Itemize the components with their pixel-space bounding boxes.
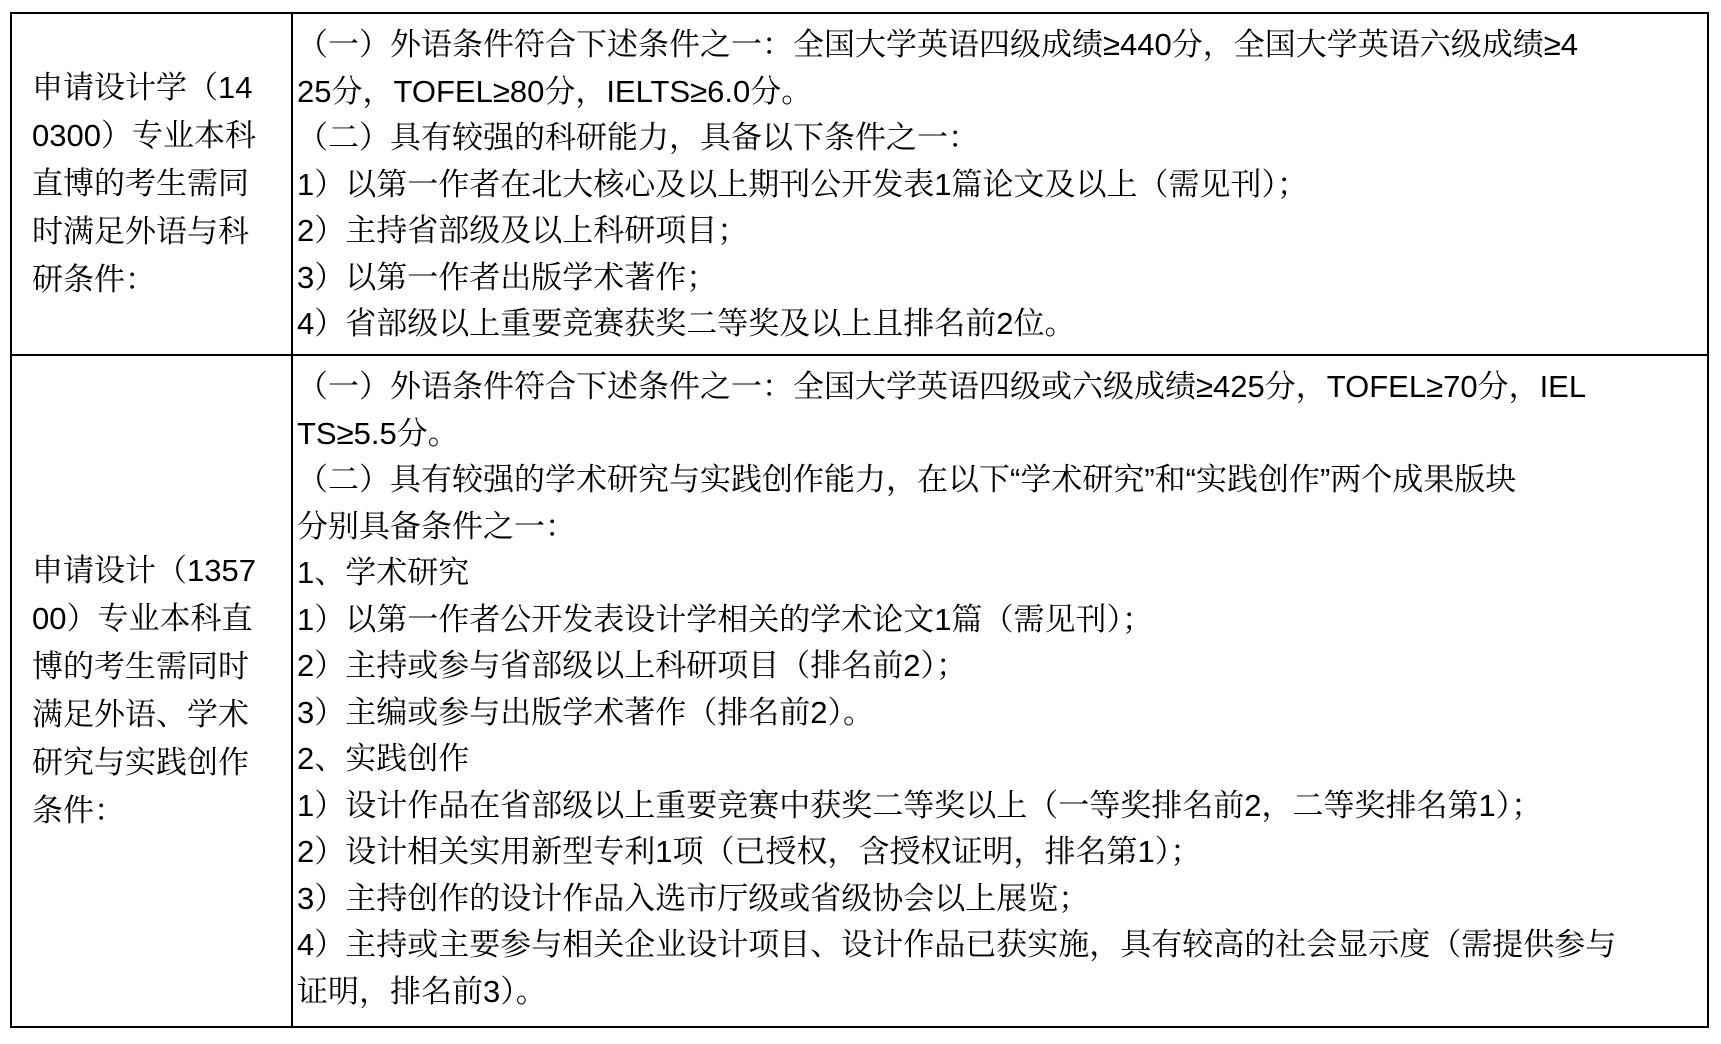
row2-requirements-cell: （一）外语条件符合下述条件之一：全国大学英语四级或六级成绩≥425分，TOFEL… [293,356,1707,1026]
text-line: 证明，排名前3）。 [297,969,1701,1016]
text-line: 分别具备条件之一： [297,504,1701,551]
document-page: { "colors": { "background": "#ffffff", "… [0,0,1721,1044]
row1-requirements-cell: （一）外语条件符合下述条件之一：全国大学英语四级成绩≥440分，全国大学英语六级… [293,14,1707,356]
text-line: TS≥5.5分。 [297,411,1701,458]
text-line: 4）省部级以上重要竞赛获奖二等奖及以上且排名前2位。 [297,301,1701,348]
text-line: 研条件： [32,256,285,304]
text-line: 2）主持省部级及以上科研项目； [297,208,1701,255]
text-line: 0300）专业本科 [32,112,285,160]
text-line: 2）主持或参与省部级以上科研项目（排名前2）； [297,643,1701,690]
text-line: 3）主持创作的设计作品入选市厅级或省级协会以上展览； [297,876,1701,923]
text-line: 直博的考生需同 [32,160,285,208]
text-line: （一）外语条件符合下述条件之一：全国大学英语四级或六级成绩≥425分，TOFEL… [297,364,1701,411]
requirements-table: 申请设计学（14 0300）专业本科 直博的考生需同 时满足外语与科 研条件： … [10,12,1709,1028]
text-line: 2）设计相关实用新型专利1项（已授权，含授权证明，排名第1）； [297,829,1701,876]
text-line: 2、实践创作 [297,736,1701,783]
text-line: 条件： [32,787,285,835]
row1-program-label-cell: 申请设计学（14 0300）专业本科 直博的考生需同 时满足外语与科 研条件： [12,14,293,356]
text-line: 时满足外语与科 [32,208,285,256]
text-line: 申请设计学（14 [32,64,285,112]
text-line: 3）主编或参与出版学术著作（排名前2）。 [297,690,1701,737]
text-line: （一）外语条件符合下述条件之一：全国大学英语四级成绩≥440分，全国大学英语六级… [297,22,1701,69]
text-line: 1）以第一作者在北大核心及以上期刊公开发表1篇论文及以上（需见刊）； [297,162,1701,209]
text-line: 3）以第一作者出版学术著作； [297,255,1701,302]
text-line: 1）以第一作者公开发表设计学相关的学术论文1篇（需见刊）； [297,597,1701,644]
text-line: 满足外语、学术 [32,691,285,739]
text-line: 博的考生需同时 [32,643,285,691]
text-line: 1）设计作品在省部级以上重要竞赛中获奖二等奖以上（一等奖排名前2，二等奖排名第1… [297,783,1701,830]
text-line: 1、学术研究 [297,550,1701,597]
row2-program-label-cell: 申请设计（1357 00）专业本科直 博的考生需同时 满足外语、学术 研究与实践… [12,356,293,1026]
text-line: 25分，TOFEL≥80分，IELTS≥6.0分。 [297,69,1701,116]
text-line: 研究与实践创作 [32,739,285,787]
text-line: 4）主持或主要参与相关企业设计项目、设计作品已获实施，具有较高的社会显示度（需提… [297,922,1701,969]
text-line: （二）具有较强的学术研究与实践创作能力，在以下“学术研究”和“实践创作”两个成果… [297,457,1701,504]
text-line: 00）专业本科直 [32,595,285,643]
text-line: 申请设计（1357 [32,547,285,595]
text-line: （二）具有较强的科研能力，具备以下条件之一： [297,115,1701,162]
